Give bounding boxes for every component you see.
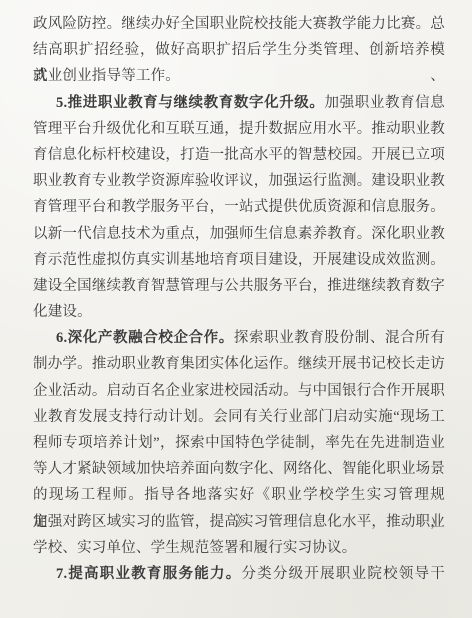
text-line: 以新一代信息技术为重点，加强师生信息素养教育。深化职业教 <box>33 221 445 247</box>
text-line: 建设全国继续教育智慧管理与公共服务平台，推进继续教育数字 <box>33 273 445 299</box>
text-line: 育管理平台和教学服务平台，一站式提供优质资源和信息服务。 <box>33 194 445 220</box>
paragraph-text: 建设全国继续教育智慧管理与公共服务平台，推进继续教育数字 <box>33 278 445 294</box>
paragraph-text: 职业教育专业教学资源库验收评议，加强运行监测。建设职业教 <box>33 173 445 189</box>
paragraph-text: 探索职业教育股份制、混合所有 <box>234 330 445 346</box>
text-line: 业教育发展支持行动计划。会同有关行业部门启动实施“现场工 <box>33 404 445 430</box>
text-line: 程师专项培养计划”，探索中国特色学徒制，率先在先进制造业 <box>33 430 445 456</box>
text-line: 学校、实习单位、学生规范签署和履行实习协议。 <box>33 535 445 561</box>
paragraph-text: 企业活动。启动百名企业家进校园活动。与中国银行合作开展职 <box>33 383 445 399</box>
paragraph-text: 管理平台升级优化和互联互通，提升数据应用水平。推动职业教 <box>33 121 445 137</box>
text-line: 结高职扩招经验，做好高职扩招后学生分类管理、创新培养模式、 <box>33 37 445 63</box>
text-line: 等人才紧缺领域加快培养面向数字化、网络化、智能化职业场景 <box>33 456 445 482</box>
text-line: 企业活动。启动百名企业家进校园活动。与中国银行合作开展职 <box>33 378 445 404</box>
text-line: 育示范性虚拟仿真实训基地培育项目建设，开展建设成效监测。 <box>33 247 445 273</box>
paragraph-number-heading: 6.深化产教融合校企合作。 <box>56 330 234 346</box>
text-line: 育信息化标杆校建设，打造一批高水平的智慧校园。开展已立项 <box>33 142 445 168</box>
paragraph-text: 化建设。 <box>33 304 92 320</box>
paragraph-text: 以新一代信息技术为重点，加强师生信息素养教育。深化职业教 <box>33 226 445 242</box>
paragraph-text: 育管理平台和教学服务平台，一站式提供优质资源和信息服务。 <box>33 199 445 215</box>
text-line: 6.深化产教融合校企合作。探索职业教育股份制、混合所有 <box>33 325 445 351</box>
text-line: 职业教育专业教学资源库验收评议，加强运行监测。建设职业教 <box>33 168 445 194</box>
paragraph-text: 等人才紧缺领域加快培养面向数字化、网络化、智能化职业场景 <box>33 461 445 477</box>
text-line: 政风险防控。继续办好全国职业院校技能大赛教学能力比赛。总 <box>33 11 445 37</box>
paragraph-text: 程师专项培养计划”，探索中国特色学徒制，率先在先进制造业 <box>33 435 445 451</box>
paragraph-text: 育信息化标杆校建设，打造一批高水平的智慧校园。开展已立项 <box>33 147 445 163</box>
paragraph-text: 加强职业教育信息 <box>325 95 445 111</box>
text-line: 5.推进职业教育与继续教育数字化升级。加强职业教育信息 <box>33 90 445 116</box>
text-line: 管理平台升级优化和互联互通，提升数据应用水平。推动职业教 <box>33 116 445 142</box>
text-line: 7.提高职业教育服务能力。分类分级开展职业院校领导干 <box>33 561 445 587</box>
paragraph-text: 育示范性虚拟仿真实训基地培育项目建设，开展建设成效监测。 <box>33 252 445 268</box>
paragraph-number-heading: 5.推进职业教育与继续教育数字化升级。 <box>56 95 325 111</box>
text-line: 制办学。推动职业教育集团实体化运作。继续开展书记校长走访 <box>33 351 445 377</box>
paragraph-text: 加强对跨区域实习的监管，提高实习管理信息化水平，推动职业 <box>33 514 445 530</box>
paragraph-text: 学校、实习单位、学生规范签署和履行实习协议。 <box>33 540 356 556</box>
document-page: 政风险防控。继续办好全国职业院校技能大赛教学能力比赛。总 结高职扩招经验，做好高… <box>0 0 472 618</box>
paragraph-number-heading: 7.提高职业教育服务能力。 <box>56 566 241 582</box>
text-line: 化建设。 <box>33 299 445 325</box>
text-line: 的现场工程师。指导各地落实好《职业学校学生实习管理规定》， <box>33 482 445 508</box>
paragraph-text: 制办学。推动职业教育集团实体化运作。继续开展书记校长走访 <box>33 356 445 372</box>
text-line: 加强对跨区域实习的监管，提高实习管理信息化水平，推动职业 <box>33 509 445 535</box>
paragraph-text: 分类分级开展职业院校领导干 <box>241 566 445 582</box>
paragraph-text: 就业创业指导等工作。 <box>33 68 180 84</box>
paragraph-text: 业教育发展支持行动计划。会同有关行业部门启动实施“现场工 <box>33 409 445 425</box>
paragraph-text: 政风险防控。继续办好全国职业院校技能大赛教学能力比赛。总 <box>33 16 445 32</box>
